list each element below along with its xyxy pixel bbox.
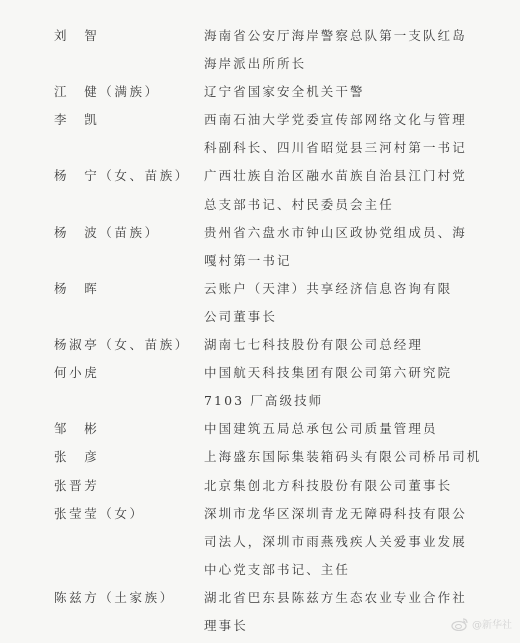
person-name: 杨淑亭（女、苗族） (0, 331, 204, 359)
person-position: 辽宁省国家安全机关干警 (204, 78, 474, 106)
person-name: 张莹莹（女） (0, 500, 204, 528)
list-item: 杨 波（苗族） 贵州省六盘水市钟山区政协党组成员、海 嘎村第一书记 (0, 219, 520, 275)
honoree-list: 刘 智 海南省公安厅海岸警察总队第一支队红岛 海岸派出所所长 江 健（满族） 辽… (0, 22, 520, 640)
list-item: 张莹莹（女） 深圳市龙华区深圳青龙无障碍科技有限公 司法人，深圳市雨燕残疾人关爱… (0, 500, 520, 584)
person-name: 江 健（满族） (0, 78, 204, 106)
person-name: 邹 彬 (0, 415, 204, 443)
position-line: 总支部书记、村民委员会主任 (204, 191, 474, 219)
person-name: 何小虎 (0, 359, 204, 387)
position-line: 7103 厂高级技师 (204, 387, 474, 415)
list-item: 江 健（满族） 辽宁省国家安全机关干警 (0, 78, 520, 106)
person-name: 刘 智 (0, 22, 204, 50)
watermark: @新华社 (451, 616, 512, 631)
person-name: 李 凯 (0, 106, 204, 134)
watermark-text: @新华社 (472, 616, 512, 631)
list-item: 李 凯 西南石油大学党委宣传部网络文化与管理 科副科长、四川省昭觉县三河村第一书… (0, 106, 520, 162)
position-line: 湖北省巴东县陈兹方生态农业专业合作社 (204, 584, 474, 612)
list-item: 杨 晖 云账户（天津）共享经济信息咨询有限 公司董事长 (0, 275, 520, 331)
person-position: 深圳市龙华区深圳青龙无障碍科技有限公 司法人，深圳市雨燕残疾人关爱事业发展 中心… (204, 500, 474, 584)
person-name: 张 彦 (0, 443, 204, 471)
person-position: 中国建筑五局总承包公司质量管理员 (204, 415, 474, 443)
list-item: 邹 彬 中国建筑五局总承包公司质量管理员 (0, 415, 520, 443)
position-line: 辽宁省国家安全机关干警 (204, 78, 474, 106)
person-position: 上海盛东国际集装箱码头有限公司桥吊司机 (204, 443, 474, 471)
position-line: 深圳市龙华区深圳青龙无障碍科技有限公 (204, 500, 474, 528)
position-line: 中国建筑五局总承包公司质量管理员 (204, 415, 474, 443)
position-line: 广西壮族自治区融水苗族自治县江门村党 (204, 162, 474, 190)
list-item: 杨 宁（女、苗族） 广西壮族自治区融水苗族自治县江门村党 总支部书记、村民委员会… (0, 162, 520, 218)
weibo-icon (451, 617, 469, 631)
person-position: 中国航天科技集团有限公司第六研究院 7103 厂高级技师 (204, 359, 474, 415)
person-name: 杨 宁（女、苗族） (0, 162, 204, 190)
position-line: 理事长 (204, 612, 474, 640)
person-position: 湖北省巴东县陈兹方生态农业专业合作社 理事长 (204, 584, 474, 640)
person-name: 杨 晖 (0, 275, 204, 303)
position-line: 司法人，深圳市雨燕残疾人关爱事业发展 (204, 528, 474, 556)
position-line: 北京集创北方科技股份有限公司董事长 (204, 472, 474, 500)
position-line: 中国航天科技集团有限公司第六研究院 (204, 359, 474, 387)
position-line: 贵州省六盘水市钟山区政协党组成员、海 (204, 219, 474, 247)
list-item: 刘 智 海南省公安厅海岸警察总队第一支队红岛 海岸派出所所长 (0, 22, 520, 78)
person-name: 陈兹方（土家族） (0, 584, 204, 612)
list-item: 张 彦 上海盛东国际集装箱码头有限公司桥吊司机 (0, 443, 520, 471)
list-item: 陈兹方（土家族） 湖北省巴东县陈兹方生态农业专业合作社 理事长 (0, 584, 520, 640)
position-line: 中心党支部书记、主任 (204, 556, 474, 584)
person-position: 云账户（天津）共享经济信息咨询有限 公司董事长 (204, 275, 474, 331)
list-item: 张晋芳 北京集创北方科技股份有限公司董事长 (0, 472, 520, 500)
position-line: 上海盛东国际集装箱码头有限公司桥吊司机 (204, 443, 474, 471)
person-name: 张晋芳 (0, 472, 204, 500)
list-item: 杨淑亭（女、苗族） 湖南七七科技股份有限公司总经理 (0, 331, 520, 359)
position-line: 西南石油大学党委宣传部网络文化与管理 (204, 106, 474, 134)
person-position: 海南省公安厅海岸警察总队第一支队红岛 海岸派出所所长 (204, 22, 474, 78)
position-line: 嘎村第一书记 (204, 247, 474, 275)
person-position: 西南石油大学党委宣传部网络文化与管理 科副科长、四川省昭觉县三河村第一书记 (204, 106, 474, 162)
list-item: 何小虎 中国航天科技集团有限公司第六研究院 7103 厂高级技师 (0, 359, 520, 415)
person-position: 广西壮族自治区融水苗族自治县江门村党 总支部书记、村民委员会主任 (204, 162, 474, 218)
position-line: 海南省公安厅海岸警察总队第一支队红岛 (204, 22, 474, 50)
position-line: 科副科长、四川省昭觉县三河村第一书记 (204, 134, 474, 162)
position-line: 湖南七七科技股份有限公司总经理 (204, 331, 474, 359)
position-line: 云账户（天津）共享经济信息咨询有限 (204, 275, 474, 303)
person-name: 杨 波（苗族） (0, 219, 204, 247)
person-position: 湖南七七科技股份有限公司总经理 (204, 331, 474, 359)
document-page: 刘 智 海南省公安厅海岸警察总队第一支队红岛 海岸派出所所长 江 健（满族） 辽… (0, 0, 520, 643)
position-line: 公司董事长 (204, 303, 474, 331)
person-position: 北京集创北方科技股份有限公司董事长 (204, 472, 474, 500)
position-line: 海岸派出所所长 (204, 50, 474, 78)
person-position: 贵州省六盘水市钟山区政协党组成员、海 嘎村第一书记 (204, 219, 474, 275)
